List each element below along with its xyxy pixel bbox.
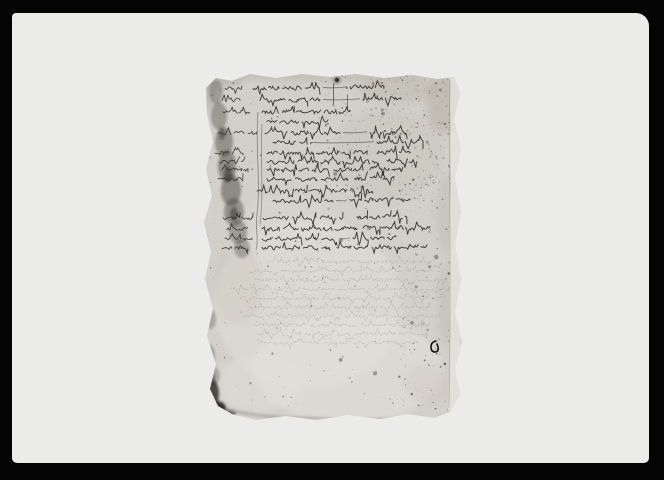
- manuscript-page: [198, 64, 466, 426]
- photo-paper: [12, 13, 649, 463]
- archival-scan-frame: [0, 0, 664, 480]
